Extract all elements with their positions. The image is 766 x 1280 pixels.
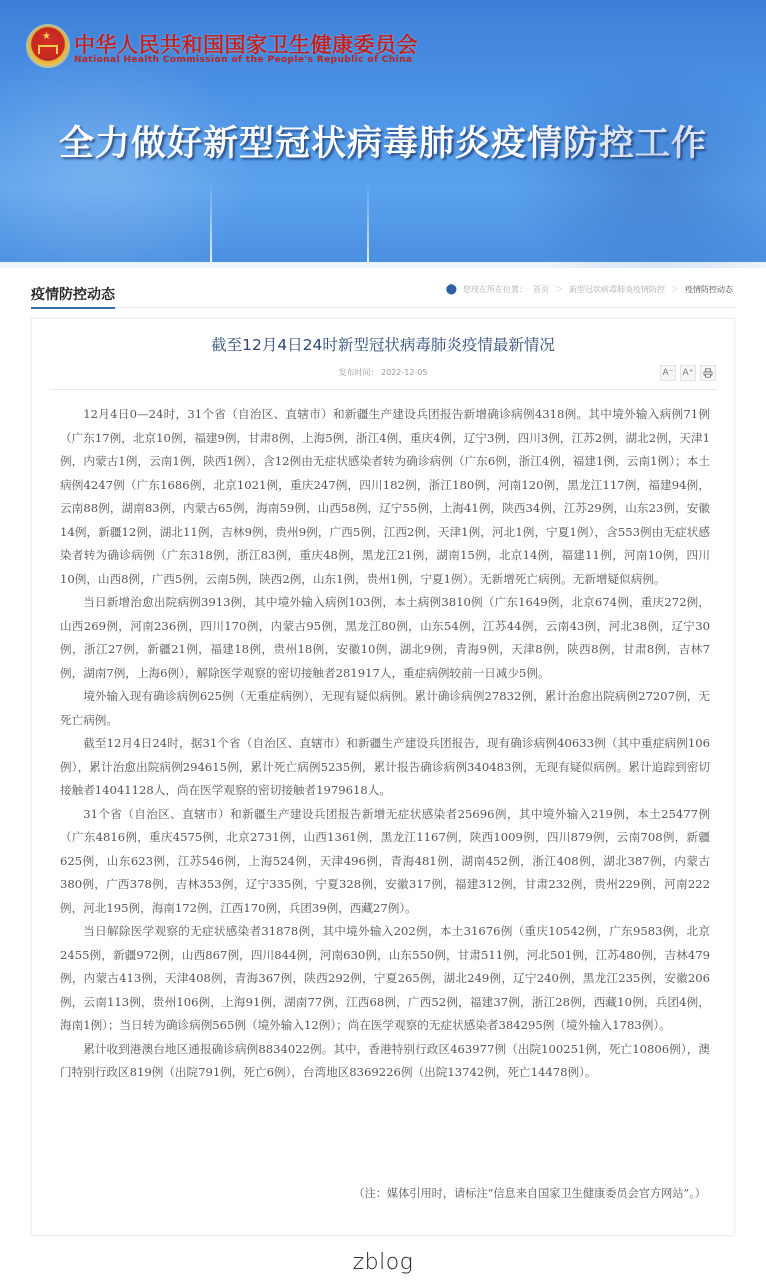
article-tools: A⁻ A⁺ [660,365,716,381]
print-button[interactable] [700,365,716,381]
breadcrumb-separator: ＞ [671,284,679,295]
breadcrumb-item-home[interactable]: 首页 [533,284,549,295]
font-decrease-button[interactable]: A⁻ [660,365,676,381]
gate-icon [38,45,58,54]
citation-note: （注：媒体引用时，请标注“信息来自国家卫生健康委员会官方网站”。） [353,1185,706,1201]
site-banner: ★ 中华人民共和国国家卫生健康委员会 National Health Commi… [0,0,766,268]
star-icon: ★ [42,32,51,42]
breadcrumb-separator: ＞ [555,284,563,295]
paragraph-cumulative: 截至12月4日24时，据31个省（自治区、直辖市）和新疆生产建设兵团报告，现有确… [60,732,710,803]
location-pin-icon: ⬤ [446,284,457,295]
banner-slogan: 全力做好新型冠状病毒肺炎疫情防控工作 [0,116,766,166]
publish-label: 发布时间： [338,368,378,377]
paragraph-hk-macao-taiwan: 累计收到港澳台地区通报确诊病例8834022例。其中，香港特别行政区463977… [60,1038,710,1085]
decorative-ecg-line [210,182,212,262]
section-title: 疫情防控动态 [31,284,115,309]
article-body: 12月4日0—24时，31个省（自治区、直辖市）和新疆生产建设兵团报告新增确诊病… [60,403,710,1085]
paragraph-new-confirmed: 12月4日0—24时，31个省（自治区、直辖市）和新疆生产建设兵团报告新增确诊病… [60,403,710,591]
article-card: 截至12月4日24时新型冠状病毒肺炎疫情最新情况 发布时间： 2022-12-0… [31,318,735,1236]
watermark-text: zblog [0,1250,766,1275]
publish-date: 2022-12-05 [381,368,428,377]
paragraph-recovered: 当日新增治愈出院病例3913例，其中境外输入病例103例，本土病例3810例（广… [60,591,710,685]
publish-info: 发布时间： 2022-12-05 [32,367,734,378]
banner-bottom-strip [0,262,766,268]
paragraph-imported: 境外输入现有确诊病例625例（无重症病例），无现有疑似病例。累计确诊病例2783… [60,685,710,732]
org-name-english: National Health Commission of the People… [74,55,412,65]
print-icon [703,368,713,378]
paragraph-asymptomatic-released: 当日解除医学观察的无症状感染者31878例，其中境外输入202例，本土31676… [60,920,710,1038]
meta-divider [50,389,716,390]
national-emblem-icon[interactable]: ★ [28,26,68,66]
breadcrumb-item-covid-prevention[interactable]: 新型冠状病毒肺炎疫情防控 [569,284,665,295]
font-increase-button[interactable]: A⁺ [680,365,696,381]
breadcrumb-prefix: 您现在所在位置： [463,284,527,295]
article-title: 截至12月4日24时新型冠状病毒肺炎疫情最新情况 [32,333,734,355]
breadcrumb-item-current[interactable]: 疫情防控动态 [685,284,733,295]
section-header: 疫情防控动态 ⬤ 您现在所在位置： 首页 ＞ 新型冠状病毒肺炎疫情防控 ＞ 疫情… [31,276,735,308]
breadcrumb: ⬤ 您现在所在位置： 首页 ＞ 新型冠状病毒肺炎疫情防控 ＞ 疫情防控动态 [446,284,733,295]
paragraph-asymptomatic-new: 31个省（自治区、直辖市）和新疆生产建设兵团报告新增无症状感染者25696例，其… [60,803,710,921]
decorative-ecg-line [367,182,369,262]
